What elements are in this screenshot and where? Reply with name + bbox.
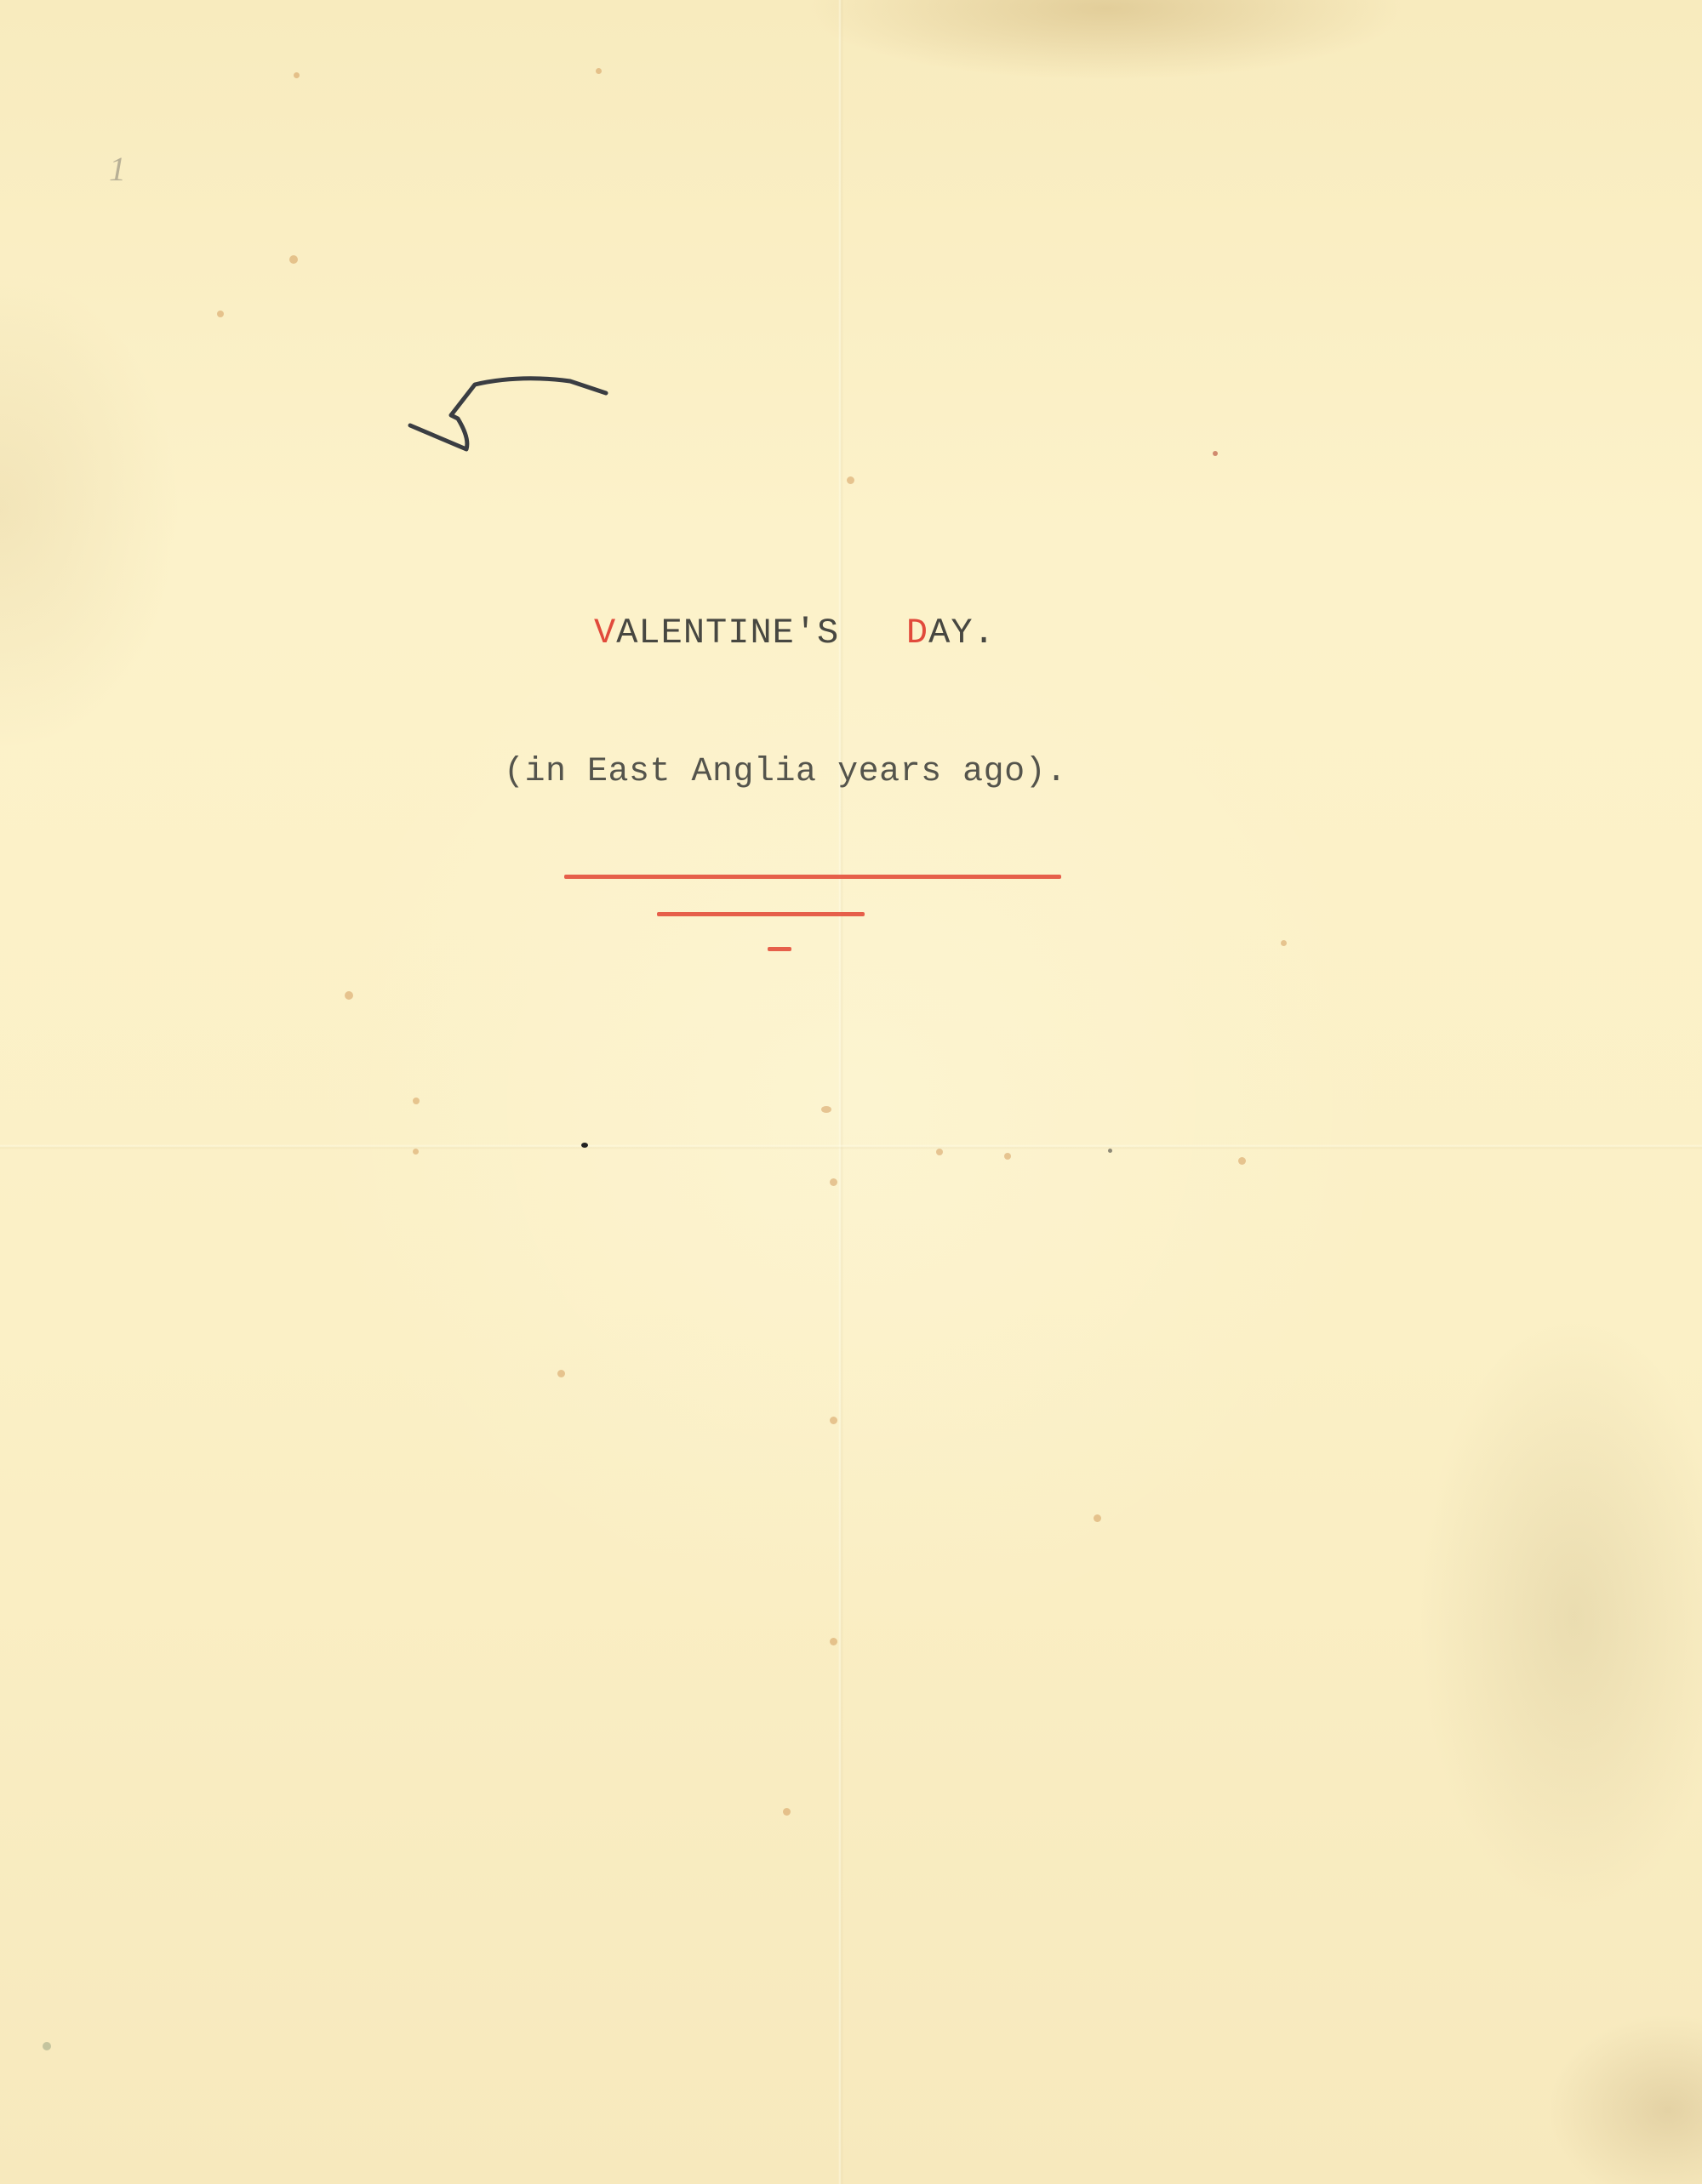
- red-rule-short: [768, 947, 791, 951]
- ink-speck: [1108, 1149, 1112, 1153]
- paper-background: [0, 0, 1702, 2184]
- page-number-mark: 1: [109, 149, 126, 189]
- title-initial-d: D: [906, 613, 928, 653]
- vertical-fold-crease: [838, 0, 843, 2184]
- handwritten-five-mark: [391, 357, 630, 468]
- title-word-day: AY.: [928, 613, 996, 653]
- title-word-valentines: ALENTINE'S: [616, 613, 839, 653]
- ink-speck: [581, 1143, 588, 1148]
- title-initial-v: V: [594, 613, 616, 653]
- document-subtitle: (in East Anglia years ago).: [504, 753, 1067, 791]
- horizontal-fold-crease: [0, 1144, 1702, 1149]
- red-rule-long: [564, 875, 1061, 879]
- document-title: VALENTINE'S DAY.: [594, 613, 996, 653]
- red-rule-medium: [657, 912, 865, 916]
